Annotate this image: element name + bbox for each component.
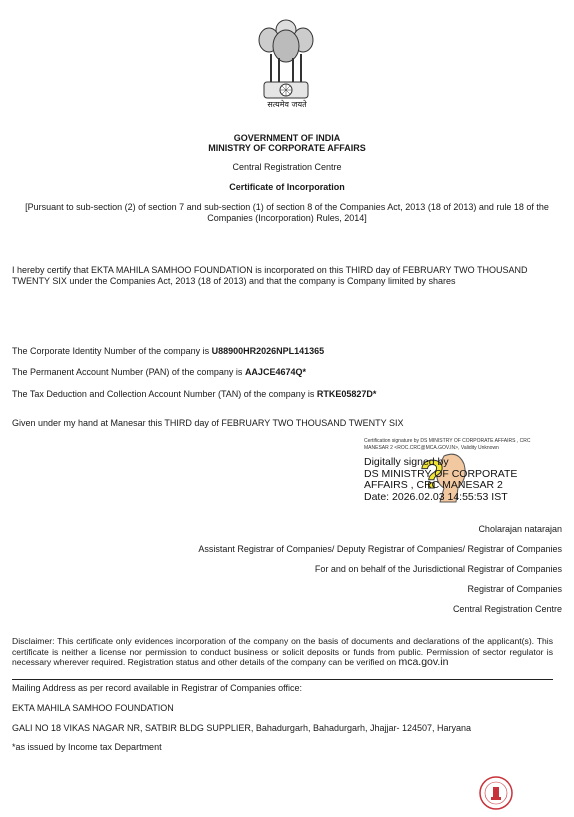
cin-label: The Corporate Identity Number of the com… xyxy=(12,346,212,356)
emblem-motto: सत्यमेव जयते xyxy=(0,99,574,110)
signature-line-1: Digitally signed by xyxy=(364,457,554,469)
mailing-address: GALI NO 18 VIKAS NAGAR NR, SATBIR BLDG S… xyxy=(12,723,471,734)
digital-signature-block[interactable]: Certification signature by DS MINISTRY O… xyxy=(364,438,554,503)
centre-heading: Central Registration Centre xyxy=(0,162,574,173)
disclaimer: Disclaimer: This certificate only eviden… xyxy=(12,636,553,668)
tax-note: *as issued by Income tax Department xyxy=(12,742,162,753)
signature-date: Date: 2026.02.03 14:55:53 IST xyxy=(364,492,554,504)
mca-seal-icon xyxy=(478,775,514,811)
signatory-registrar: Registrar of Companies xyxy=(467,584,562,595)
tan-value: RTKE05827D* xyxy=(317,389,377,399)
certification-note: Certification signature by DS MINISTRY O… xyxy=(364,438,554,451)
pan-value: AAJCE4674Q* xyxy=(245,367,306,377)
ministry-heading: MINISTRY OF CORPORATE AFFAIRS xyxy=(0,143,574,154)
tan-line: The Tax Deduction and Collection Account… xyxy=(12,389,376,400)
given-line: Given under my hand at Manesar this THIR… xyxy=(12,418,403,429)
mailing-label: Mailing Address as per record available … xyxy=(12,683,302,694)
pan-label: The Permanent Account Number (PAN) of th… xyxy=(12,367,245,377)
divider xyxy=(12,679,553,680)
signature-line-3: AFFAIRS , CRC MANESAR 2 xyxy=(364,480,554,492)
tan-label: The Tax Deduction and Collection Account… xyxy=(12,389,317,399)
disclaimer-text: Disclaimer: This certificate only eviden… xyxy=(12,636,553,667)
cin-value: U88900HR2026NPL141365 xyxy=(212,346,325,356)
signatory-designation: Assistant Registrar of Companies/ Deputy… xyxy=(198,544,562,555)
certificate-title: Certificate of Incorporation xyxy=(0,182,574,193)
mailing-company: EKTA MAHILA SAMHOO FOUNDATION xyxy=(12,703,174,714)
pan-line: The Permanent Account Number (PAN) of th… xyxy=(12,367,306,378)
signatory-behalf: For and on behalf of the Jurisdictional … xyxy=(315,564,562,575)
signatory-name: Cholarajan natarajan xyxy=(478,524,562,535)
mca-link[interactable]: mca.gov.in xyxy=(398,656,448,668)
national-emblem-icon xyxy=(247,10,325,110)
certify-paragraph: I hereby certify that EKTA MAHILA SAMHOO… xyxy=(12,265,542,287)
signatory-centre: Central Registration Centre xyxy=(453,604,562,615)
cin-line: The Corporate Identity Number of the com… xyxy=(12,346,324,357)
pursuant-text: [Pursuant to sub-section (2) of section … xyxy=(20,202,554,224)
